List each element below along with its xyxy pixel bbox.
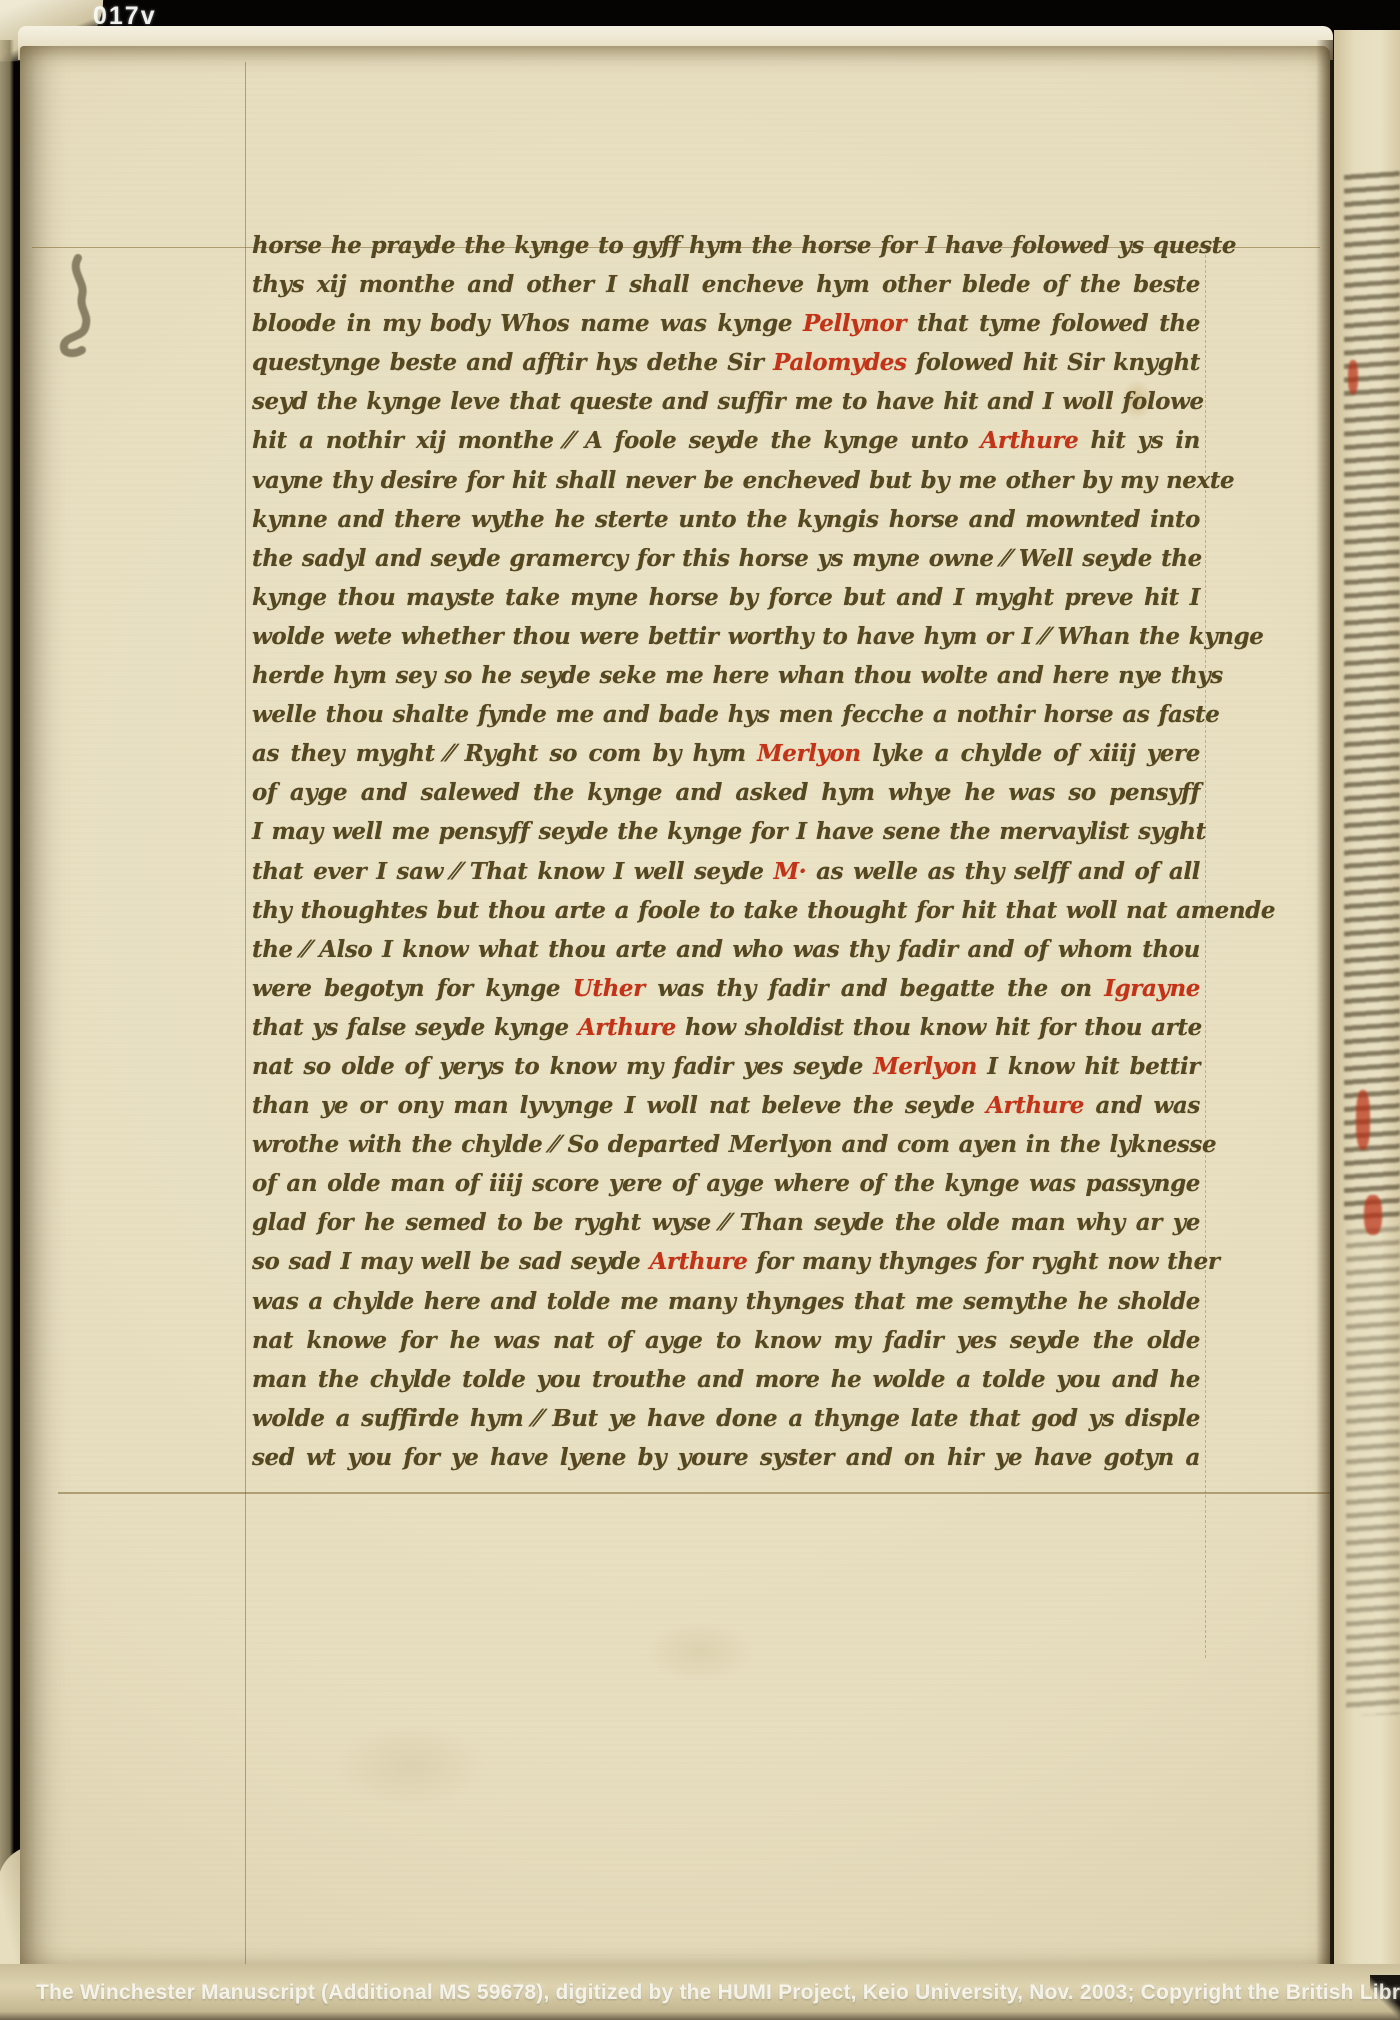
ink-text: lyke a chylde of xiiij yere bbox=[861, 740, 1200, 767]
manuscript-line: that ys false seyde kynge Arthure how sh… bbox=[252, 1008, 1200, 1047]
manuscript-line: wolde wete whether thou were bettir wort… bbox=[252, 617, 1200, 656]
rubricated-name: Uther bbox=[573, 975, 645, 1002]
manuscript-line: of ayge and salewed the kynge and asked … bbox=[252, 773, 1200, 812]
adjacent-folio-edge bbox=[1334, 30, 1400, 1990]
manuscript-line: as they myght ⁄⁄ Ryght so com by hym Mer… bbox=[252, 734, 1200, 773]
manuscript-line: kynge thou mayste take myne horse by for… bbox=[252, 578, 1200, 617]
parchment-stain bbox=[620, 1606, 780, 1696]
ink-text: as they myght ⁄⁄ Ryght so com by hym bbox=[252, 740, 757, 767]
manuscript-line: that ever I saw ⁄⁄ That know I well seyd… bbox=[252, 852, 1200, 891]
ink-text: how sholdist thou know hit for thou arte bbox=[676, 1014, 1202, 1041]
manuscript-line: the sadyl and seyde gramercy for this ho… bbox=[252, 539, 1200, 578]
manuscript-line: I may well me pensyff seyde the kynge fo… bbox=[252, 812, 1200, 851]
manuscript-line: horse he prayde the kynge to gyff hym th… bbox=[252, 226, 1200, 265]
manuscript-line: bloode in my body Whos name was kynge Pe… bbox=[252, 304, 1200, 343]
adjacent-page-text-strip-faint bbox=[1346, 1224, 1400, 1716]
manuscript-line: sed wt you for ye have lyene by youre sy… bbox=[252, 1438, 1200, 1477]
ruling-line-bottom bbox=[58, 1492, 1330, 1494]
ink-text: so sad I may well be sad seyde bbox=[252, 1248, 649, 1275]
ink-text: nat knowe for he was nat of ayge to know… bbox=[252, 1327, 1200, 1354]
ink-text: and was bbox=[1084, 1092, 1200, 1119]
manuscript-line: kynne and there wythe he sterte unto the… bbox=[252, 500, 1200, 539]
ink-text: hit a nothir xij monthe ⁄⁄ A foole seyde… bbox=[252, 427, 980, 454]
manuscript-line: nat knowe for he was nat of ayge to know… bbox=[252, 1321, 1200, 1360]
digitization-caption: The Winchester Manuscript (Additional MS… bbox=[36, 1981, 1376, 2005]
ink-text: for many thynges for ryght now ther bbox=[747, 1248, 1219, 1275]
manuscript-line: the ⁄⁄ Also I know what thou arte and wh… bbox=[252, 930, 1200, 969]
ink-text: kynne and there wythe he sterte unto the… bbox=[252, 506, 1200, 533]
ink-text: that ys false seyde kynge bbox=[252, 1014, 578, 1041]
parchment-stain bbox=[300, 1706, 520, 1826]
ink-text: sed wt you for ye have lyene by youre sy… bbox=[252, 1444, 1200, 1471]
ink-text: kynge thou mayste take myne horse by for… bbox=[252, 584, 1200, 611]
manuscript-line: nat so olde of yerys to know my fadir ye… bbox=[252, 1047, 1200, 1086]
manuscript-line: of an olde man of iiij score yere of ayg… bbox=[252, 1164, 1200, 1203]
ink-text: of ayge and salewed the kynge and asked … bbox=[252, 779, 1200, 806]
manuscript-line: wrothe with the chylde ⁄⁄ So departed Me… bbox=[252, 1125, 1200, 1164]
adjacent-page-text-strip bbox=[1344, 169, 1400, 1221]
rubricated-name: Arthure bbox=[986, 1092, 1084, 1119]
folio-number-label: 017v bbox=[93, 2, 157, 31]
ink-text: as welle as thy selff and of all bbox=[806, 858, 1200, 885]
rubricated-name: Merlyon bbox=[757, 740, 861, 767]
manuscript-line: welle thou shalte fynde me and bade hys … bbox=[252, 695, 1200, 734]
ink-text: I know hit bettir bbox=[977, 1053, 1200, 1080]
rubricated-name: Merlyon bbox=[873, 1053, 977, 1080]
ink-text: the sadyl and seyde gramercy for this ho… bbox=[252, 545, 1202, 572]
rubricated-name: Arthure bbox=[649, 1248, 747, 1275]
adjacent-page-rubric-mark bbox=[1364, 1195, 1382, 1235]
ink-text: the ⁄⁄ Also I know what thou arte and wh… bbox=[252, 936, 1200, 963]
ink-text: herde hym sey so he seyde seke me here w… bbox=[252, 662, 1223, 689]
ink-text: vayne thy desire for hit shall never be … bbox=[252, 467, 1234, 494]
ink-text: hit ys in bbox=[1078, 427, 1200, 454]
manuscript-line: were begotyn for kynge Uther was thy fad… bbox=[252, 969, 1200, 1008]
ink-text: wolde a suffirde hym ⁄⁄ But ye have done… bbox=[252, 1405, 1200, 1432]
ink-text: nat so olde of yerys to know my fadir ye… bbox=[252, 1053, 873, 1080]
ink-text: horse he prayde the kynge to gyff hym th… bbox=[252, 232, 1236, 259]
manuscript-line: wolde a suffirde hym ⁄⁄ But ye have done… bbox=[252, 1399, 1200, 1438]
manuscript-line: than ye or ony man lyvynge I woll nat be… bbox=[252, 1086, 1200, 1125]
ink-text: was a chylde here and tolde me many thyn… bbox=[252, 1288, 1200, 1315]
ink-text: bloode in my body Whos name was kynge bbox=[252, 310, 803, 337]
ink-text: were begotyn for kynge bbox=[252, 975, 573, 1002]
manuscript-line: so sad I may well be sad seyde Arthure f… bbox=[252, 1242, 1200, 1281]
rubricated-name: Palomydes bbox=[773, 349, 906, 376]
ink-text: man the chylde tolde you trouthe and mor… bbox=[252, 1366, 1200, 1393]
rubricated-name: Arthure bbox=[578, 1014, 676, 1041]
margin-ink-blot-icon bbox=[52, 252, 116, 362]
adjacent-page-rubric-mark bbox=[1356, 1090, 1370, 1150]
ruling-line-right bbox=[1205, 250, 1206, 1658]
ink-text: I may well me pensyff seyde the kynge fo… bbox=[252, 818, 1206, 845]
ink-text: questynge beste and afftir hys dethe Sir bbox=[252, 349, 773, 376]
ink-text: folowed hit Sir knyght bbox=[907, 349, 1200, 376]
ink-text: thy thoughtes but thou arte a foole to t… bbox=[252, 897, 1275, 924]
manuscript-line: thy thoughtes but thou arte a foole to t… bbox=[252, 891, 1200, 930]
rubricated-name: Igrayne bbox=[1104, 975, 1200, 1002]
ink-text: glad for he semed to be ryght wyse ⁄⁄ Th… bbox=[252, 1209, 1200, 1236]
manuscript-line: vayne thy desire for hit shall never be … bbox=[252, 461, 1200, 500]
adjacent-page-rubric-mark bbox=[1348, 360, 1358, 394]
manuscript-line: hit a nothir xij monthe ⁄⁄ A foole seyde… bbox=[252, 421, 1200, 460]
ruling-line-left bbox=[245, 62, 246, 1967]
ink-text: was thy fadir and begatte the on bbox=[645, 975, 1104, 1002]
ink-text: that ever I saw ⁄⁄ That know I well seyd… bbox=[252, 858, 774, 885]
manuscript-line: man the chylde tolde you trouthe and mor… bbox=[252, 1360, 1200, 1399]
rubricated-name: Arthure bbox=[980, 427, 1078, 454]
left-page-edge-strip bbox=[0, 40, 14, 1980]
ink-text: of an olde man of iiij score yere of ayg… bbox=[252, 1170, 1200, 1197]
manuscript-line: was a chylde here and tolde me many thyn… bbox=[252, 1282, 1200, 1321]
ink-text: welle thou shalte fynde me and bade hys … bbox=[252, 701, 1220, 728]
ink-text: wolde wete whether thou were bettir wort… bbox=[252, 623, 1264, 650]
ink-text: that tyme folowed the bbox=[906, 310, 1200, 337]
manuscript-line: questynge beste and afftir hys dethe Sir… bbox=[252, 343, 1200, 382]
manuscript-line: herde hym sey so he seyde seke me here w… bbox=[252, 656, 1200, 695]
rubricated-name: Pellynor bbox=[803, 310, 906, 337]
manuscript-viewer-page: horse he prayde the kynge to gyff hym th… bbox=[0, 0, 1400, 2020]
ink-text: than ye or ony man lyvynge I woll nat be… bbox=[252, 1092, 986, 1119]
ink-text: seyd the kynge leve that queste and suff… bbox=[252, 388, 1204, 415]
manuscript-line: thys xij monthe and other I shall enchev… bbox=[252, 265, 1200, 304]
manuscript-line: glad for he semed to be ryght wyse ⁄⁄ Th… bbox=[252, 1203, 1200, 1242]
manuscript-line: seyd the kynge leve that queste and suff… bbox=[252, 382, 1200, 421]
ink-text: wrothe with the chylde ⁄⁄ So departed Me… bbox=[252, 1131, 1216, 1158]
text-block: horse he prayde the kynge to gyff hym th… bbox=[252, 226, 1200, 1477]
rubricated-name: M· bbox=[774, 858, 807, 885]
ink-text: thys xij monthe and other I shall enchev… bbox=[252, 271, 1200, 298]
